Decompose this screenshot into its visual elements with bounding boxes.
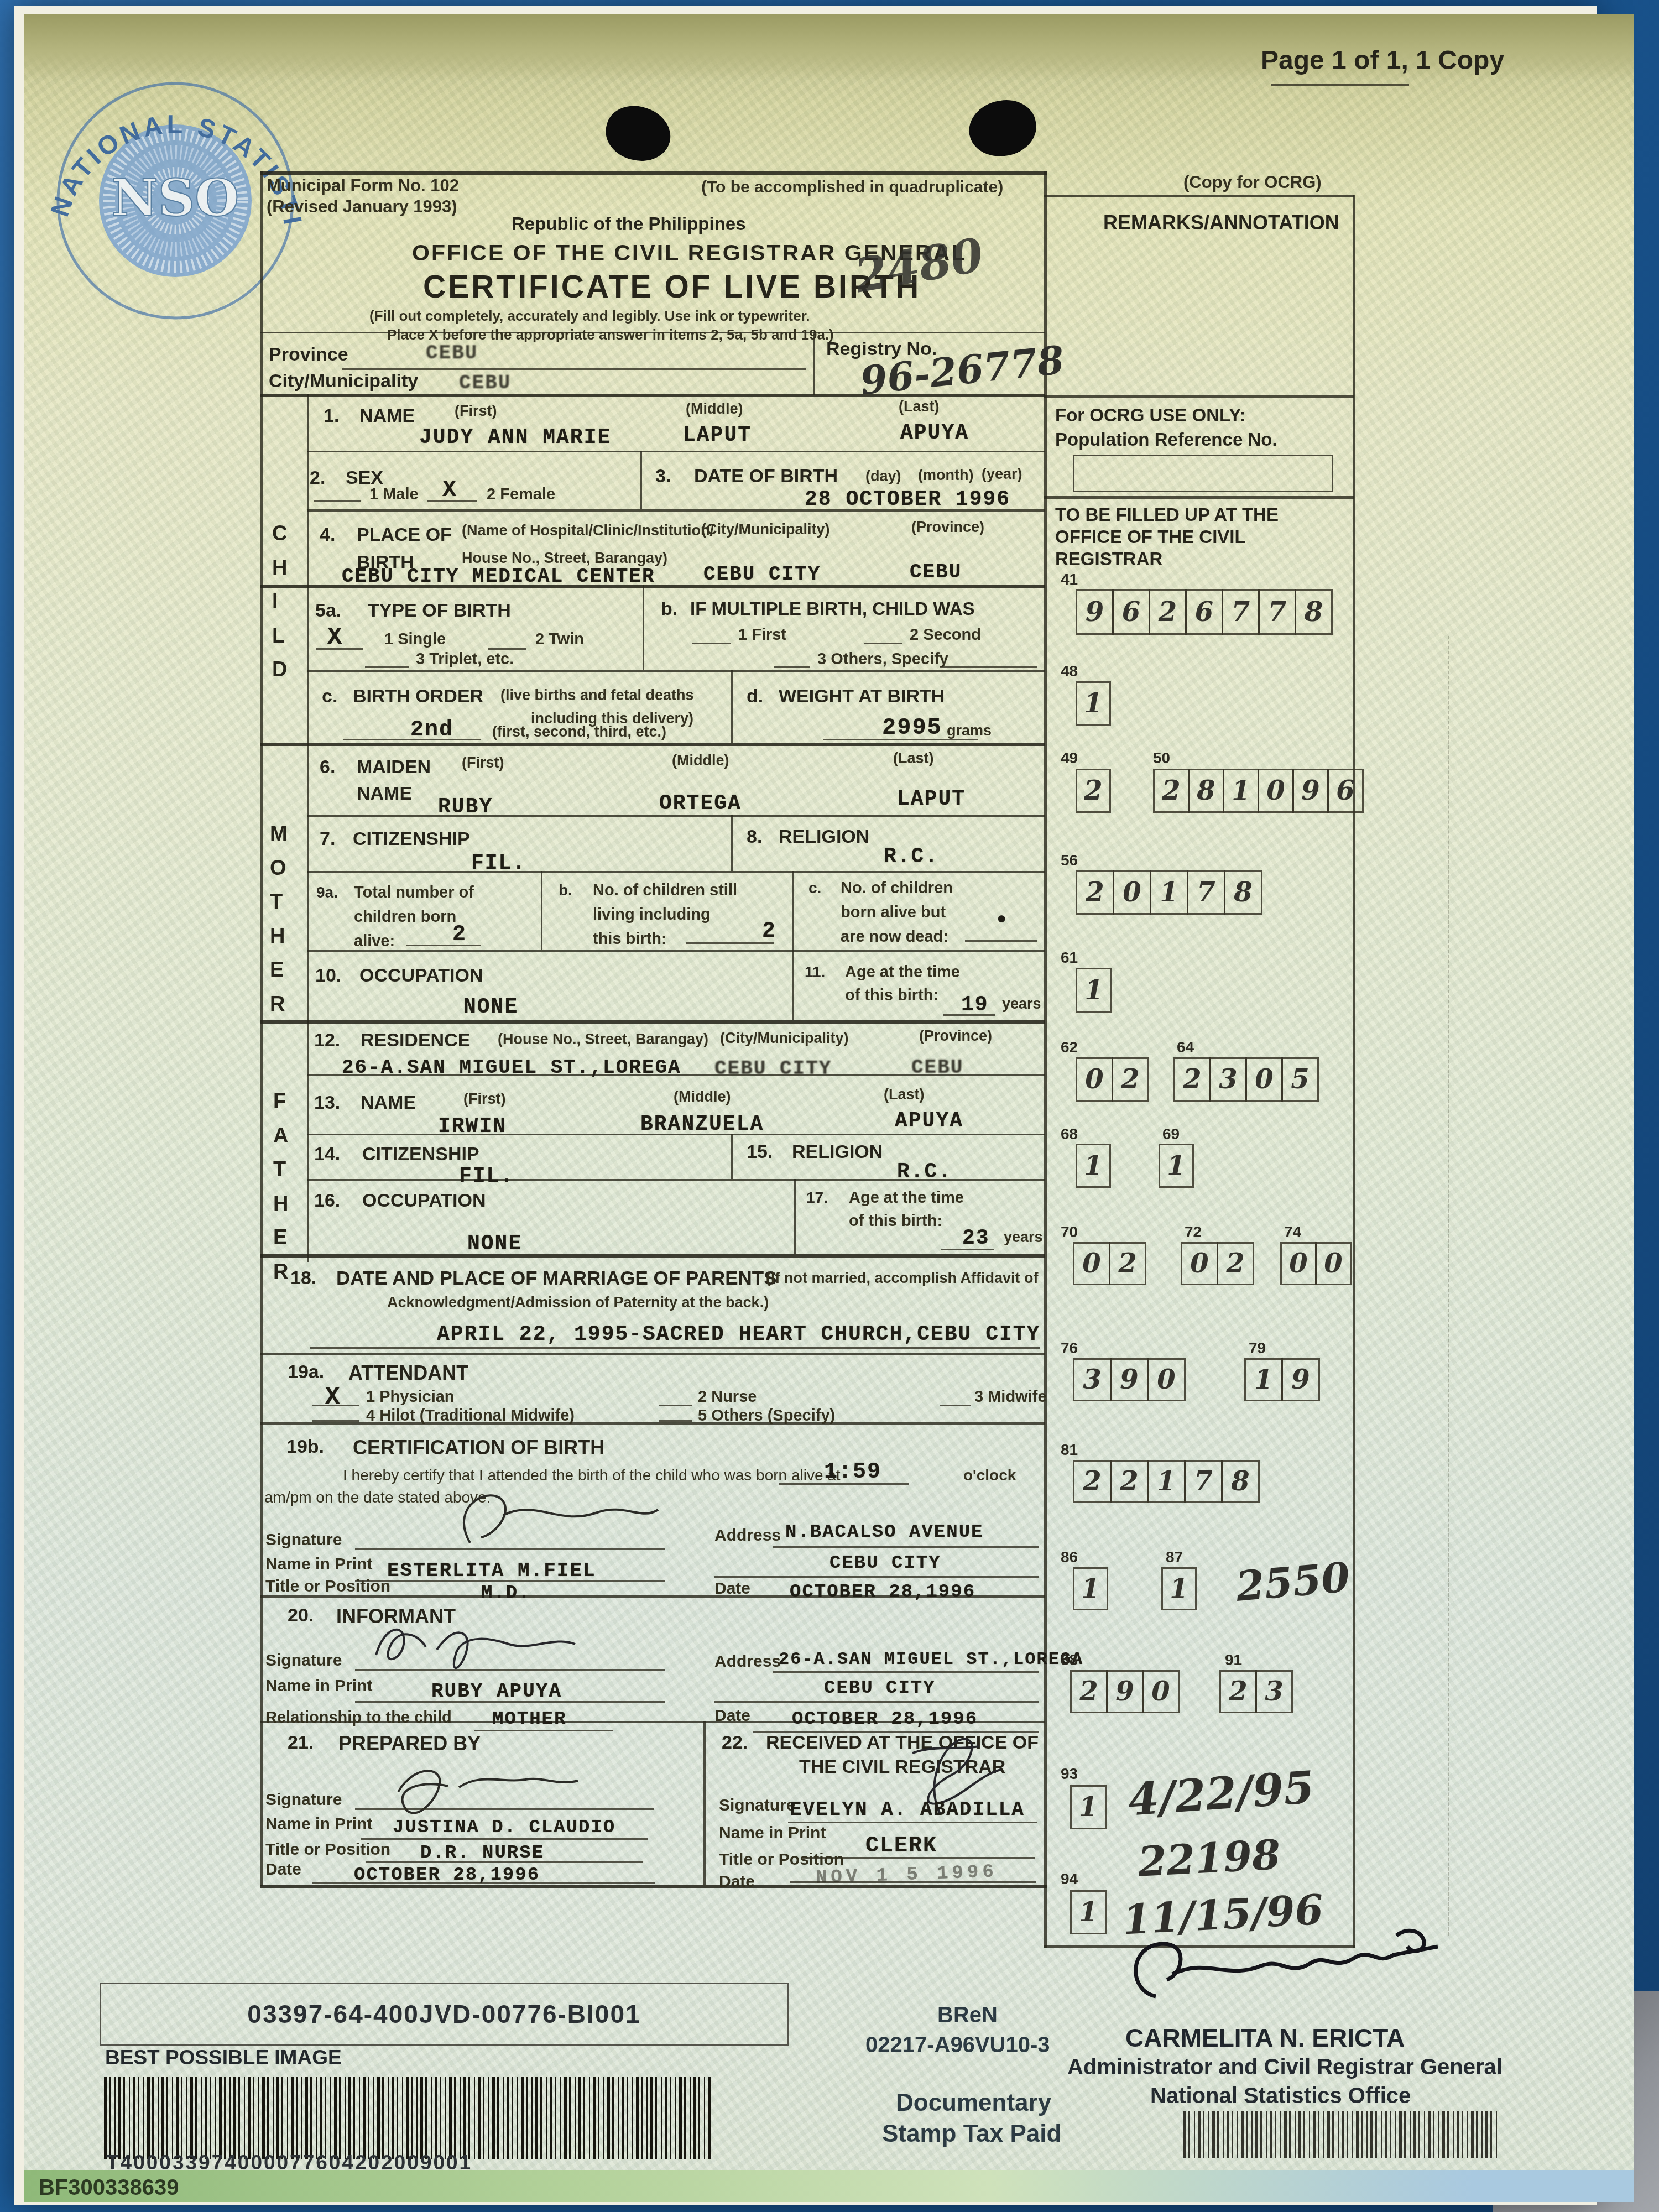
box56-cells: 20178 bbox=[1076, 870, 1261, 915]
m9a-line2: children born bbox=[354, 908, 456, 926]
box41-label: 41 bbox=[1061, 571, 1078, 588]
name-label: NAME bbox=[359, 405, 415, 427]
m9b-value: 2 bbox=[762, 919, 776, 944]
m9a-line3: alive: bbox=[354, 932, 395, 951]
triplet-line bbox=[365, 666, 409, 668]
day-sublabel: (day) bbox=[865, 468, 901, 485]
box79-label: 79 bbox=[1249, 1339, 1266, 1357]
name-no: 1. bbox=[324, 405, 339, 427]
res-citymun-sublabel: (City/Municipality) bbox=[720, 1030, 849, 1047]
pob-sublabel-1: (Name of Hospital/Clinic/Institution/ bbox=[462, 522, 714, 539]
physician-option: 1 Physician bbox=[366, 1388, 455, 1406]
father-last: APUYA bbox=[895, 1109, 963, 1133]
pob-no: 4. bbox=[320, 524, 335, 546]
prepared-label: PREPARED BY bbox=[338, 1732, 481, 1755]
res-prov-value: CEBU bbox=[911, 1056, 963, 1079]
mb-second-option: 2 Second bbox=[910, 626, 981, 644]
male-line bbox=[314, 500, 361, 502]
box50-label: 50 bbox=[1153, 749, 1170, 767]
cert-name-value: ESTERLITA M.FIEL bbox=[387, 1559, 596, 1582]
informant-date-value: OCTOBER 28,1996 bbox=[792, 1709, 978, 1730]
informant-addr-label: Address bbox=[714, 1652, 781, 1671]
informant-no: 20. bbox=[288, 1605, 314, 1626]
box70-label: 70 bbox=[1061, 1223, 1078, 1241]
box72-label: 72 bbox=[1185, 1223, 1202, 1241]
received-sig-label: Signature bbox=[719, 1796, 795, 1815]
ocrg-use-only: For OCRG USE ONLY: bbox=[1055, 405, 1246, 426]
last-sublabel: (Last) bbox=[899, 398, 940, 415]
div-9b-9c bbox=[792, 871, 794, 950]
cert-sig-line bbox=[355, 1548, 665, 1550]
frel-label: RELIGION bbox=[792, 1141, 883, 1163]
maiden-middle-sublabel: (Middle) bbox=[672, 752, 729, 769]
mother-middle: ORTEGA bbox=[659, 792, 742, 816]
box68-cells: 1 bbox=[1076, 1144, 1109, 1188]
mb-others-line bbox=[774, 666, 810, 668]
twin-option: 2 Twin bbox=[535, 630, 584, 649]
mcit-label: CITIZENSHIP bbox=[353, 828, 470, 850]
page-count-header: Page 1 of 1, 1 Copy bbox=[1261, 45, 1504, 76]
box49-label: 49 bbox=[1061, 749, 1078, 767]
pob-province-sublabel: (Province) bbox=[911, 519, 984, 536]
informant-addr1-value: 26-A.SAN MIGUEL ST.,LOREGA bbox=[779, 1649, 1083, 1670]
cert-nameip-label: Name in Print bbox=[265, 1555, 372, 1574]
box91-cells: 23 bbox=[1219, 1670, 1291, 1713]
box87-cells: 1 bbox=[1161, 1567, 1195, 1610]
father-middle: BRANZUELA bbox=[640, 1113, 764, 1136]
child-middle-name: LAPUT bbox=[683, 424, 752, 447]
received-title-label: Title or Position bbox=[719, 1850, 844, 1869]
prepared-sig-label: Signature bbox=[265, 1791, 342, 1809]
box74-cells: 00 bbox=[1280, 1242, 1350, 1285]
form-title: CERTIFICATE OF LIVE BIRTH bbox=[423, 269, 921, 305]
cert-time: 1:59 bbox=[824, 1460, 881, 1485]
m9a-line1: Total number of bbox=[354, 884, 474, 902]
strip-code: BF300338639 bbox=[39, 2176, 179, 2200]
informant-name-line bbox=[355, 1701, 665, 1703]
res-no: 12. bbox=[314, 1030, 340, 1051]
female-option: 2 Female bbox=[487, 486, 555, 504]
div-7-8 bbox=[731, 815, 733, 871]
box81-cells: 22178 bbox=[1073, 1460, 1258, 1503]
marriage-value: APRIL 22, 1995-SACRED HEART CHURCH,CEBU … bbox=[437, 1323, 1040, 1347]
box69-cells: 1 bbox=[1159, 1144, 1192, 1188]
fname-middle-sublabel: (Middle) bbox=[674, 1088, 731, 1105]
box88-label: 88 bbox=[1061, 1651, 1078, 1669]
line-remarks-bottom bbox=[1044, 395, 1354, 398]
child-first-name: JUDY ANN MARIE bbox=[419, 426, 611, 450]
div-14-15 bbox=[731, 1134, 733, 1179]
box69-label: 69 bbox=[1162, 1125, 1180, 1143]
received-title-value: CLERK bbox=[865, 1834, 937, 1859]
div-9a-9b bbox=[541, 871, 542, 950]
doc-stamp-2: Stamp Tax Paid bbox=[882, 2120, 1061, 2148]
mb-specify-line bbox=[940, 666, 1037, 668]
box93-cells: 1 bbox=[1070, 1785, 1105, 1829]
box72-cells: 02 bbox=[1181, 1242, 1253, 1285]
attendant-no: 19a. bbox=[288, 1361, 324, 1383]
prepared-sig-line bbox=[355, 1808, 654, 1810]
attendant-label: ATTENDANT bbox=[348, 1361, 468, 1385]
quadruplicate-note: (To be accomplished in quadruplicate) bbox=[701, 178, 1003, 197]
middle-sublabel: (Middle) bbox=[686, 400, 743, 418]
mage-line bbox=[943, 1014, 995, 1016]
m9c-line2: born alive but bbox=[841, 904, 946, 922]
prepared-title-value: D.R. NURSE bbox=[420, 1843, 544, 1864]
mage-value: 19 bbox=[961, 993, 989, 1017]
registrar-title: Administrator and Civil Registrar Genera… bbox=[1067, 2055, 1503, 2080]
copy-for-ocrg: (Copy for OCRG) bbox=[1183, 173, 1322, 192]
line-row18 bbox=[260, 1353, 1045, 1355]
nurse-option: 2 Nurse bbox=[698, 1388, 757, 1406]
cert-name-line bbox=[355, 1580, 665, 1582]
informant-addr2-value: CEBU CITY bbox=[824, 1678, 936, 1699]
res-province-sublabel: (Province) bbox=[919, 1027, 992, 1045]
informant-rel-line bbox=[474, 1730, 613, 1731]
box93-label: 93 bbox=[1061, 1765, 1078, 1783]
box64-label: 64 bbox=[1177, 1039, 1194, 1056]
fage-unit: years bbox=[1004, 1229, 1043, 1246]
received-date-label: Date bbox=[719, 1872, 755, 1891]
doc-stamp-1: Documentary bbox=[896, 2089, 1051, 2117]
fill-up-label-1: TO BE FILLED UP AT THE bbox=[1055, 504, 1279, 525]
wt-unit: grams bbox=[947, 722, 992, 739]
fill-instructions-2: Place X before the appropriate answer in… bbox=[387, 326, 834, 343]
form-number: Municipal Form No. 102 bbox=[267, 176, 459, 196]
handwritten-2550: 2550 bbox=[1234, 1553, 1352, 1611]
maiden-label-2: NAME bbox=[357, 783, 412, 805]
hilot-line bbox=[312, 1420, 359, 1422]
box62-cells: 02 bbox=[1076, 1057, 1147, 1102]
mrel-value: R.C. bbox=[884, 845, 938, 869]
cert-date-value: OCTOBER 28,1996 bbox=[790, 1582, 975, 1603]
informant-addr2-line bbox=[714, 1701, 1039, 1703]
mb-second-line bbox=[864, 643, 902, 644]
bottom-right-barcode bbox=[1183, 2111, 1499, 2158]
pob-label-1: PLACE OF bbox=[357, 524, 452, 546]
form-right-border bbox=[1353, 195, 1355, 1948]
mb-no: b. bbox=[661, 598, 677, 620]
mrel-no: 8. bbox=[747, 826, 762, 848]
informant-rel-label: Relationship to the child bbox=[265, 1709, 452, 1727]
mother-first: RUBY bbox=[438, 795, 493, 819]
cert-addr1-value: N.BACALSO AVENUE bbox=[785, 1522, 983, 1543]
received-nameip-label: Name in Print bbox=[719, 1824, 826, 1843]
others-option: 5 Others (Specify) bbox=[698, 1407, 835, 1425]
line-row1 bbox=[307, 451, 1045, 452]
province-underline bbox=[342, 368, 806, 370]
div-21-22 bbox=[703, 1721, 706, 1885]
letter-column-border bbox=[307, 394, 309, 1262]
mcit-no: 7. bbox=[320, 828, 335, 850]
wt-label: WEIGHT AT BIRTH bbox=[779, 686, 945, 707]
side-label-child: CHILD bbox=[272, 517, 287, 687]
marriage-label: DATE AND PLACE OF MARRIAGE OF PARENTS bbox=[336, 1267, 777, 1290]
mb-label: IF MULTIPLE BIRTH, CHILD WAS bbox=[690, 598, 975, 619]
maiden-last-sublabel: (Last) bbox=[893, 750, 934, 767]
sex-x-mark: X bbox=[442, 477, 457, 503]
midwife-line bbox=[940, 1405, 971, 1406]
box56-label: 56 bbox=[1061, 852, 1078, 869]
m9b-line1: No. of children still bbox=[593, 881, 737, 900]
mb-first-line bbox=[692, 643, 731, 644]
pob-prov-value: CEBU bbox=[910, 561, 962, 583]
form-middle-border bbox=[1044, 171, 1047, 1948]
image-code-value: 03397-64-400JVD-00776-BI001 bbox=[247, 1999, 640, 2029]
maiden-first-sublabel: (First) bbox=[462, 754, 504, 771]
received-date-line bbox=[790, 1881, 1036, 1883]
m9c-value: • bbox=[994, 907, 1010, 935]
male-option: 1 Male bbox=[369, 486, 419, 504]
line-5ab bbox=[307, 670, 1045, 672]
fill-up-label-3: REGISTRAR bbox=[1055, 549, 1162, 570]
single-option: 1 Single bbox=[384, 630, 446, 649]
m9b-no: b. bbox=[559, 881, 572, 899]
first-sublabel: (First) bbox=[455, 403, 497, 420]
line-row78 bbox=[307, 871, 1045, 873]
tob-x-mark: X bbox=[327, 624, 343, 651]
m9b-line2: living including bbox=[593, 906, 711, 924]
informant-signature bbox=[365, 1614, 619, 1674]
box48-label: 48 bbox=[1061, 662, 1078, 680]
marriage-note-1: (If not married, accomplish Affidavit of bbox=[766, 1270, 1039, 1287]
hilot-option: 4 Hilot (Traditional Midwife) bbox=[366, 1407, 575, 1425]
side-label-mother: MOTHER bbox=[270, 817, 288, 1021]
prepared-nameip-label: Name in Print bbox=[265, 1815, 372, 1834]
best-possible-image: BEST POSSIBLE IMAGE bbox=[105, 2046, 342, 2069]
cert-addr2-value: CEBU CITY bbox=[830, 1553, 941, 1574]
sex-no: 2. bbox=[310, 467, 325, 489]
box76-label: 76 bbox=[1061, 1339, 1078, 1357]
scanned-birth-certificate-photo: Page 1 of 1, 1 Copy NATIONAL STATISTICS … bbox=[0, 0, 1659, 2212]
form-revision: (Revised January 1993) bbox=[267, 197, 457, 217]
cert-title-label: Title or Position bbox=[265, 1577, 390, 1596]
single-line bbox=[316, 648, 363, 650]
res-value: 26-A.SAN MIGUEL ST.,LOREGA bbox=[342, 1056, 681, 1079]
form-left-border bbox=[260, 171, 263, 1886]
bo-underline bbox=[343, 739, 481, 740]
mb-first-option: 1 First bbox=[738, 626, 786, 644]
pob-sublabel-2: House No., Street, Barangay) bbox=[462, 550, 667, 567]
box64-cells: 2305 bbox=[1173, 1057, 1317, 1102]
handwritten-22198: 22198 bbox=[1137, 1831, 1282, 1886]
line-cd bbox=[260, 743, 1045, 746]
image-code-box: 03397-64-400JVD-00776-BI001 bbox=[100, 1983, 789, 2046]
m9c-no: c. bbox=[808, 879, 821, 897]
month-sublabel: (month) bbox=[918, 467, 973, 484]
province-label: Province bbox=[269, 344, 348, 366]
prepared-date-label: Date bbox=[265, 1860, 301, 1879]
box76-cells: 390 bbox=[1073, 1358, 1184, 1401]
div-c-d bbox=[731, 670, 733, 743]
prepared-name-value: JUSTINA D. CLAUDIO bbox=[393, 1817, 615, 1838]
fage-line bbox=[941, 1249, 994, 1250]
fill-instructions-1: (Fill out completely, accurately and leg… bbox=[369, 307, 810, 325]
box62-label: 62 bbox=[1061, 1039, 1078, 1056]
line-row1011 bbox=[260, 1020, 1045, 1024]
box86-label: 86 bbox=[1061, 1548, 1078, 1566]
box70-cells: 02 bbox=[1073, 1242, 1145, 1285]
box74-label: 74 bbox=[1284, 1223, 1301, 1241]
informant-date-label: Date bbox=[714, 1707, 750, 1725]
box86-cells: 1 bbox=[1073, 1567, 1107, 1610]
prepared-title-label: Title or Position bbox=[265, 1840, 390, 1859]
father-first: IRWIN bbox=[438, 1115, 507, 1139]
child-last-name: APUYA bbox=[900, 421, 969, 445]
received-name-value: EVELYN A. ABADILLA bbox=[790, 1798, 1025, 1821]
informant-addr1-line bbox=[773, 1671, 1039, 1673]
mocc-label: OCCUPATION bbox=[359, 965, 483, 987]
m9b-line3: this birth: bbox=[593, 930, 667, 948]
box49-cells: 2 bbox=[1076, 769, 1109, 813]
population-ref-box bbox=[1073, 455, 1333, 492]
marriage-underline bbox=[310, 1347, 1040, 1349]
physician-line bbox=[312, 1405, 359, 1406]
m9a-no: 9a. bbox=[316, 884, 338, 901]
cert-title-value: M.D. bbox=[481, 1583, 531, 1604]
box94-label: 94 bbox=[1061, 1870, 1078, 1888]
cert-addr1-line bbox=[773, 1546, 1039, 1548]
m9c-line3: are now dead: bbox=[841, 928, 948, 946]
bottom-security-strip bbox=[24, 2170, 1634, 2202]
city-value: CEBU bbox=[459, 372, 511, 394]
maiden-no: 6. bbox=[320, 757, 335, 778]
m9a-line bbox=[406, 945, 481, 946]
line-row1617 bbox=[260, 1254, 1045, 1258]
twin-line bbox=[488, 648, 526, 650]
div-16-17 bbox=[794, 1179, 796, 1254]
bren-label: BReN bbox=[937, 2003, 998, 2028]
dob-value: 28 OCTOBER 1996 bbox=[805, 488, 1010, 512]
mage-line1: Age at the time bbox=[845, 963, 960, 982]
div-sex-dob bbox=[640, 451, 642, 509]
frel-value: R.C. bbox=[897, 1160, 952, 1184]
wt-underline bbox=[823, 739, 978, 740]
stamp-nso-text: NSO bbox=[112, 168, 239, 228]
box61-cells: 1 bbox=[1076, 968, 1110, 1013]
marriage-no: 18. bbox=[290, 1267, 316, 1289]
fage-no: 17. bbox=[806, 1189, 828, 1207]
box50-cells: 281096 bbox=[1153, 769, 1362, 813]
bo-note-3: (first, second, third, etc.) bbox=[492, 723, 666, 740]
pob-city-value: CEBU CITY bbox=[703, 563, 821, 586]
republic-line: Republic of the Philippines bbox=[512, 213, 746, 234]
box94-cells: 1 bbox=[1070, 1890, 1105, 1934]
fname-last-sublabel: (Last) bbox=[884, 1086, 925, 1103]
focc-label: OCCUPATION bbox=[362, 1190, 486, 1212]
cert-oclock: o'clock bbox=[963, 1467, 1016, 1484]
line-row9 bbox=[307, 950, 1045, 952]
wt-value: 2995 bbox=[882, 714, 942, 741]
box88-cells: 290 bbox=[1070, 1670, 1178, 1713]
dob-label: DATE OF BIRTH bbox=[694, 466, 838, 487]
barcode-number: T400033974000077604202009001 bbox=[106, 2151, 472, 2174]
fname-first-sublabel: (First) bbox=[463, 1091, 506, 1108]
box91-label: 91 bbox=[1225, 1651, 1242, 1669]
others-line bbox=[659, 1420, 692, 1422]
frel-no: 15. bbox=[747, 1141, 773, 1163]
side-label-father: FATHER bbox=[273, 1085, 288, 1289]
prepared-title-line bbox=[366, 1861, 643, 1863]
tob-no: 5a. bbox=[315, 600, 341, 622]
mage-no: 11. bbox=[805, 963, 825, 981]
cert-addr2-line bbox=[714, 1576, 1039, 1578]
cert-label: CERTIFICATION OF BIRTH bbox=[353, 1436, 604, 1459]
box41-cells: 9626778 bbox=[1076, 589, 1331, 635]
m9a-value: 2 bbox=[452, 922, 467, 947]
informant-rel-value: MOTHER bbox=[492, 1709, 566, 1730]
informant-sig-label: Signature bbox=[265, 1651, 342, 1670]
box87-label: 87 bbox=[1166, 1548, 1183, 1566]
focc-value: NONE bbox=[467, 1232, 522, 1256]
mage-line2: of this birth: bbox=[845, 987, 938, 1005]
tob-label: TYPE OF BIRTH bbox=[368, 600, 511, 622]
mage-unit: years bbox=[1002, 995, 1041, 1013]
line-ocrg-top bbox=[1044, 195, 1354, 197]
bo-label: BIRTH ORDER bbox=[353, 686, 483, 707]
res-sublabel: (House No., Street, Barangay) bbox=[498, 1031, 708, 1048]
mocc-value: NONE bbox=[463, 995, 518, 1019]
pob-hospital-value: CEBU CITY MEDICAL CENTER bbox=[342, 565, 655, 588]
city-label: City/Municipality bbox=[269, 371, 418, 392]
box79-cells: 19 bbox=[1244, 1358, 1318, 1401]
div-10-11 bbox=[792, 950, 794, 1020]
prepared-name-line bbox=[361, 1838, 648, 1840]
informant-nameip-label: Name in Print bbox=[265, 1677, 372, 1695]
year-sublabel: (year) bbox=[982, 466, 1022, 483]
bo-note-1: (live births and fetal deaths bbox=[500, 687, 694, 704]
attendant-x-mark: X bbox=[325, 1384, 341, 1411]
marriage-note-2: Acknowledgment/Admission of Paternity at… bbox=[387, 1294, 769, 1311]
box68-label: 68 bbox=[1061, 1125, 1078, 1143]
population-ref-label: Population Reference No. bbox=[1055, 429, 1277, 450]
fage-line2: of this birth: bbox=[849, 1212, 942, 1230]
box61-label: 61 bbox=[1061, 949, 1078, 967]
triplet-option: 3 Triplet, etc. bbox=[416, 650, 514, 669]
female-line bbox=[427, 500, 477, 502]
cert-sig-label: Signature bbox=[265, 1531, 342, 1550]
cert-signature bbox=[365, 1482, 664, 1548]
fill-up-label-2: OFFICE OF THE CIVIL bbox=[1055, 526, 1246, 547]
mocc-no: 10. bbox=[315, 965, 341, 987]
res-city-value: CEBU CITY bbox=[714, 1057, 832, 1080]
box81-label: 81 bbox=[1061, 1441, 1078, 1459]
fcit-no: 14. bbox=[314, 1144, 340, 1165]
bottom-barcode bbox=[104, 2077, 712, 2159]
registrar-name: CARMELITA N. ERICTA bbox=[1125, 2023, 1405, 2053]
div-5a-5b bbox=[643, 585, 644, 670]
informant-sig-line bbox=[355, 1669, 665, 1671]
m9b-line bbox=[686, 942, 774, 944]
remarks-label: REMARKS/ANNOTATION bbox=[1103, 211, 1339, 234]
registrar-org: National Statistics Office bbox=[1150, 2084, 1411, 2109]
dob-no: 3. bbox=[655, 466, 671, 487]
pob-citymun-sublabel: (City/Municipality) bbox=[701, 521, 830, 538]
fcit-label: CITIZENSHIP bbox=[362, 1144, 479, 1165]
cert-time-line bbox=[779, 1483, 909, 1485]
bo-no: c. bbox=[322, 686, 337, 707]
page-count-underline bbox=[1271, 84, 1409, 86]
focc-no: 16. bbox=[314, 1190, 340, 1212]
cert-date-label: Date bbox=[714, 1579, 750, 1598]
line-top bbox=[260, 171, 1047, 175]
res-label: RESIDENCE bbox=[361, 1030, 470, 1051]
fold-crease bbox=[1448, 636, 1449, 1936]
prepared-no: 21. bbox=[288, 1732, 314, 1754]
cert-addr-label: Address bbox=[714, 1526, 781, 1545]
cert-no: 19b. bbox=[286, 1436, 324, 1458]
fage-value: 23 bbox=[962, 1227, 990, 1250]
